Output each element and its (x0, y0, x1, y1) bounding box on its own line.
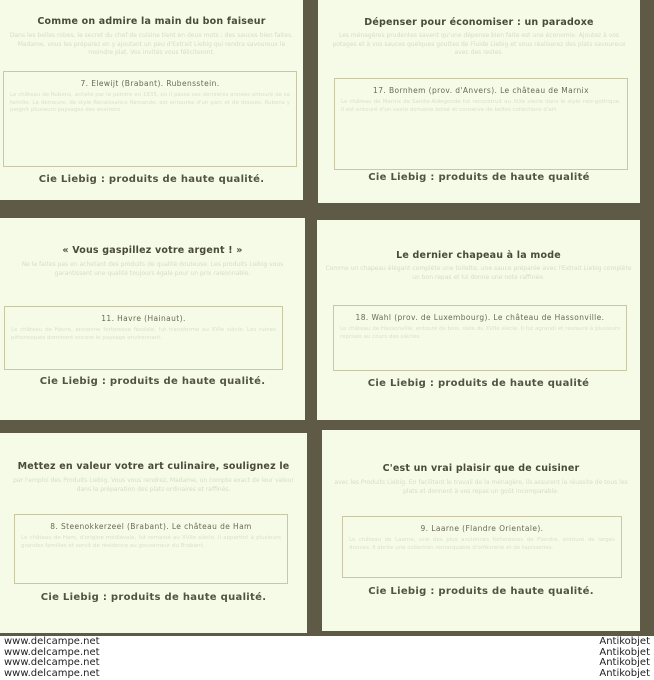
card-intro-text: Dans les belles robes, le secret du chef… (8, 32, 295, 58)
card-board: Comme on admire la main du bon faiseur D… (0, 0, 654, 636)
card-intro-text: Ne le faites pas en achetant des produit… (8, 261, 297, 278)
card-box-heading: 9. Laarne (Flandre Orientale). (343, 524, 621, 533)
card-box-body: Le château de Ham, d'origine médiévale, … (21, 535, 281, 550)
card-info-box: 17. Bornhem (prov. d'Anvers). Le château… (334, 78, 628, 170)
card-footer-slogan: Cie Liebig : produits de haute qualité. (0, 174, 303, 185)
watermark-seller: Antikobjet (599, 669, 650, 680)
card-intro-text: Les ménagères prudentes savent qu'une dé… (326, 32, 632, 58)
card-title: Le dernier chapeau à la mode (317, 250, 640, 261)
card-box-body: Le château de Marnix de Sainte-Aldegonde… (341, 99, 621, 114)
card-title: C'est un vrai plaisir que de cuisiner (322, 463, 640, 474)
card-footer-slogan: Cie Liebig : produits de haute qualité (317, 378, 640, 389)
card-box-heading: 17. Bornhem (prov. d'Anvers). Le château… (335, 86, 627, 95)
watermark-site-link[interactable]: www.delcampe.net (4, 669, 100, 680)
card-info-box: 8. Steenokkerzeel (Brabant). Le château … (14, 514, 288, 584)
watermark-row: www.delcampe.net Antikobjet (0, 637, 654, 648)
trade-card-2: Dépenser pour économiser : un paradoxe L… (318, 0, 640, 203)
watermark-row: www.delcampe.net Antikobjet (0, 658, 654, 669)
card-title: Dépenser pour économiser : un paradoxe (318, 17, 640, 28)
trade-card-6: C'est un vrai plaisir que de cuisiner av… (322, 430, 640, 631)
trade-card-5: Mettez en valeur votre art culinaire, so… (0, 433, 307, 633)
card-box-heading: 8. Steenokkerzeel (Brabant). Le château … (15, 522, 287, 531)
card-footer-slogan: Cie Liebig : produits de haute qualité. (0, 376, 305, 387)
card-footer-slogan: Cie Liebig : produits de haute qualité. (0, 592, 307, 603)
card-footer-slogan: Cie Liebig : produits de haute qualité (318, 172, 640, 183)
card-title: Mettez en valeur votre art culinaire, so… (0, 461, 307, 472)
card-box-body: Le château de Rubens, acheté par le pein… (10, 92, 290, 115)
card-info-box: 11. Havre (Hainaut). Le château de Havré… (4, 306, 283, 370)
card-intro-text: Comme un chapeau élégant complète une to… (325, 265, 632, 282)
card-box-heading: 11. Havre (Hainaut). (5, 314, 282, 323)
watermark-seller: Antikobjet (599, 658, 650, 669)
card-info-box: 18. Wahl (prov. de Luxembourg). Le châte… (333, 305, 627, 371)
card-box-body: Le château de Havré, ancienne forteresse… (11, 327, 276, 342)
card-intro-text: par l'emploi des Produits Liebig. Vous v… (8, 477, 299, 494)
card-intro-text: avec les Produits Liebig. En facilitant … (330, 479, 632, 496)
watermark-row: www.delcampe.net Antikobjet (0, 669, 654, 680)
card-box-body: Le château de Hassonville, entouré de bo… (340, 326, 620, 341)
trade-card-3: « Vous gaspillez votre argent ! » Ne le … (0, 218, 305, 420)
card-info-box: 7. Elewijt (Brabant). Rubensstein. Le ch… (3, 71, 297, 167)
card-footer-slogan: Cie Liebig : produits de haute qualité. (322, 586, 640, 597)
watermark-site-link[interactable]: www.delcampe.net (4, 658, 100, 669)
watermark-seller: Antikobjet (599, 637, 650, 648)
trade-card-1: Comme on admire la main du bon faiseur D… (0, 0, 303, 200)
card-box-body: Le château de Laarne, une des plus ancie… (349, 537, 615, 552)
card-title: Comme on admire la main du bon faiseur (0, 16, 303, 27)
watermark-site-link[interactable]: www.delcampe.net (4, 637, 100, 648)
card-title: « Vous gaspillez votre argent ! » (0, 245, 305, 256)
card-box-heading: 7. Elewijt (Brabant). Rubensstein. (4, 79, 296, 88)
watermark-footer: www.delcampe.net Antikobjet www.delcampe… (0, 637, 654, 679)
trade-card-4: Le dernier chapeau à la mode Comme un ch… (317, 220, 640, 420)
card-info-box: 9. Laarne (Flandre Orientale). Le châtea… (342, 516, 622, 578)
card-box-heading: 18. Wahl (prov. de Luxembourg). Le châte… (334, 313, 626, 322)
